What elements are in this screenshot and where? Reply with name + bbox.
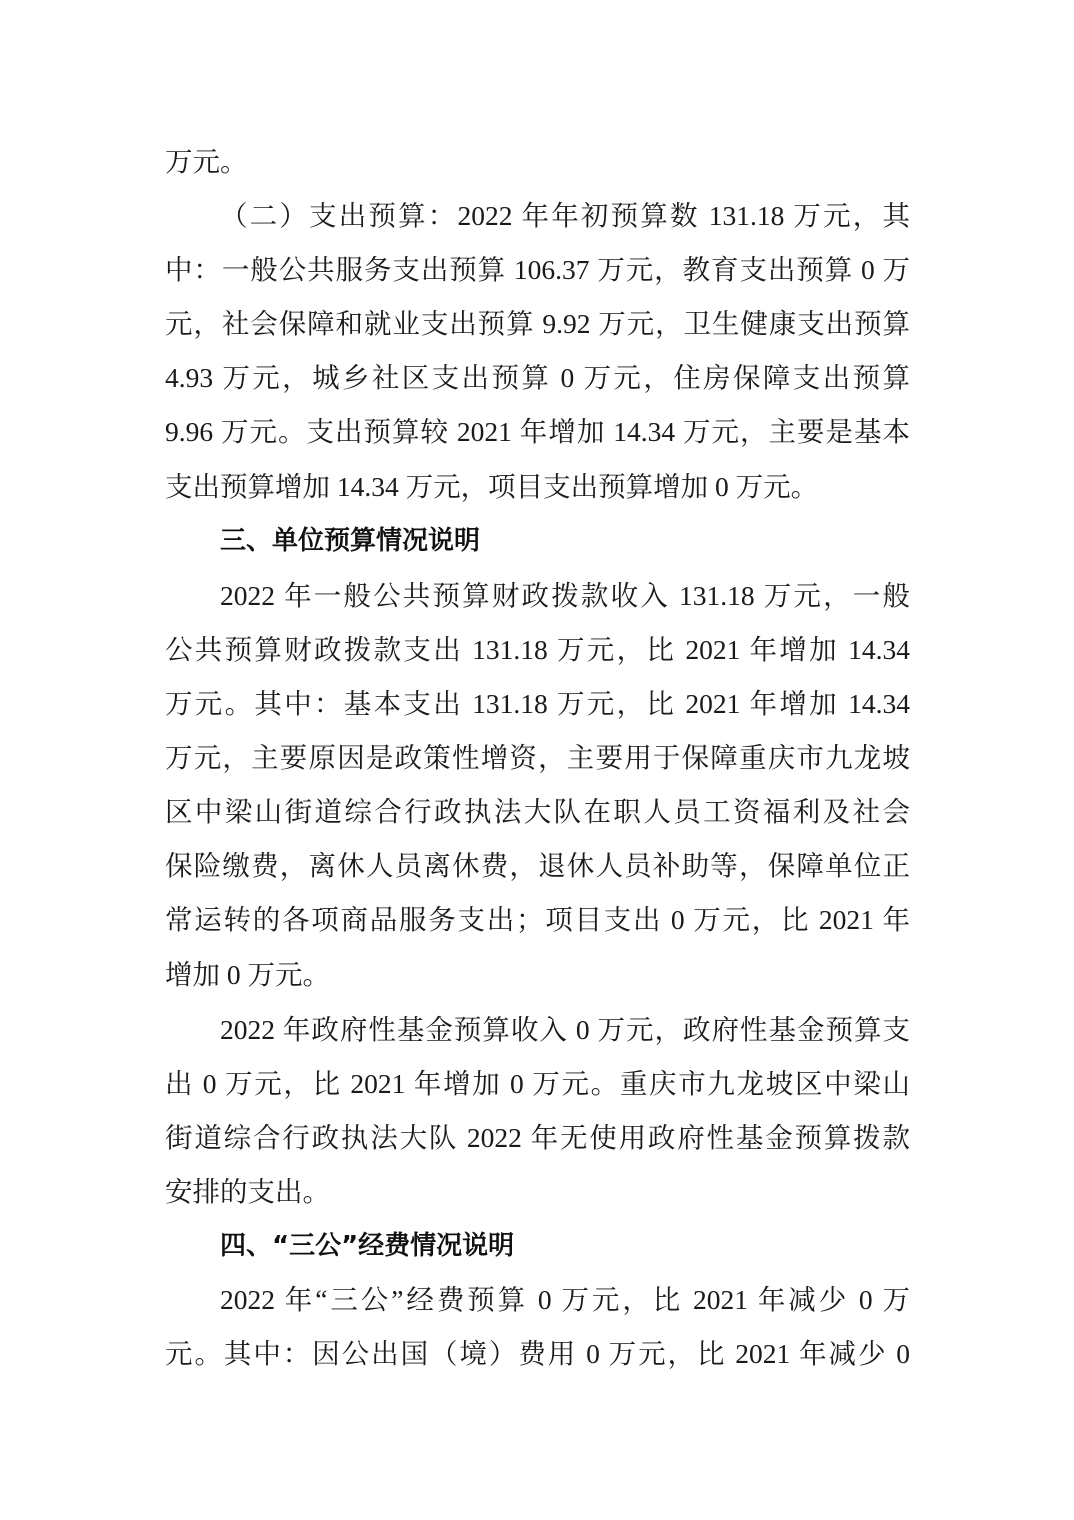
paragraph-line: 中：一般公共服务支出预算 106.37 万元，教育支出预算 0 万 — [165, 250, 910, 290]
paragraph-line: 区中梁山街道综合行政执法大队在职人员工资福利及社会 — [165, 792, 910, 832]
paragraph-line: 出 0 万元，比 2021 年增加 0 万元。重庆市九龙坡区中梁山 — [165, 1064, 910, 1104]
paragraph-line: 街道综合行政执法大队 2022 年无使用政府性基金预算拨款 — [165, 1118, 910, 1158]
document-page: 万元。 （二）支出预算：2022 年年初预算数 131.18 万元，其 中：一般… — [0, 0, 1074, 1520]
paragraph-line: 常运转的各项商品服务支出；项目支出 0 万元，比 2021 年 — [165, 900, 910, 940]
paragraph-line: （二）支出预算：2022 年年初预算数 131.18 万元，其 — [220, 196, 910, 236]
paragraph-line: 2022 年“三公”经费预算 0 万元，比 2021 年减少 0 万 — [220, 1280, 910, 1320]
section-heading-unit-budget: 三、单位预算情况说明 — [220, 521, 910, 561]
paragraph-line: 万元，主要原因是政策性增资，主要用于保障重庆市九龙坡 — [165, 738, 910, 778]
paragraph-line: 9.96 万元。支出预算较 2021 年增加 14.34 万元，主要是基本 — [165, 412, 910, 452]
paragraph-line: 万元。 — [165, 142, 910, 182]
paragraph-line: 公共预算财政拨款支出 131.18 万元，比 2021 年增加 14.34 — [165, 630, 910, 670]
paragraph-line: 安排的支出。 — [165, 1172, 910, 1212]
paragraph-line: 万元。其中：基本支出 131.18 万元，比 2021 年增加 14.34 — [165, 684, 910, 724]
paragraph-line: 保险缴费，离休人员离休费，退休人员补助等，保障单位正 — [165, 846, 910, 886]
paragraph-line: 增加 0 万元。 — [165, 955, 910, 995]
paragraph-line: 元。其中：因公出国（境）费用 0 万元，比 2021 年减少 0 — [165, 1334, 910, 1374]
paragraph-line: 支出预算增加 14.34 万元，项目支出预算增加 0 万元。 — [165, 467, 910, 507]
paragraph-line: 2022 年政府性基金预算收入 0 万元，政府性基金预算支 — [220, 1010, 910, 1050]
paragraph-line: 元，社会保障和就业支出预算 9.92 万元，卫生健康支出预算 — [165, 304, 910, 344]
paragraph-line: 2022 年一般公共预算财政拨款收入 131.18 万元，一般 — [220, 576, 910, 616]
paragraph-line: 4.93 万元，城乡社区支出预算 0 万元，住房保障支出预算 — [165, 358, 910, 398]
section-heading-three-public-expenses: 四、“三公”经费情况说明 — [220, 1226, 910, 1266]
